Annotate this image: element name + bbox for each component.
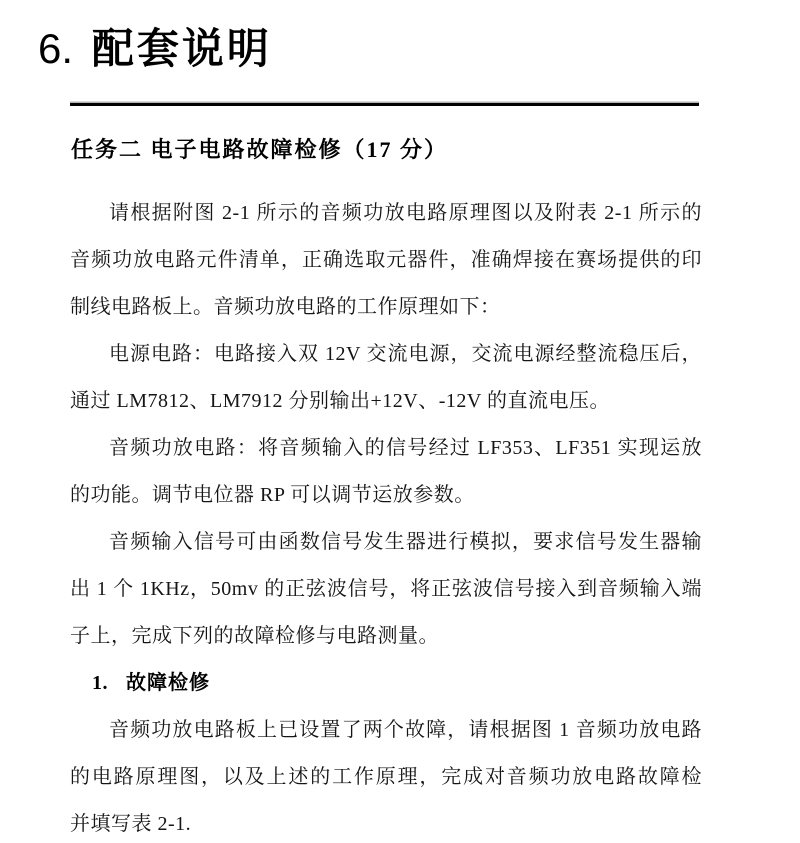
paragraph-line: 子上，完成下列的故障检修与电路测量。: [70, 613, 702, 660]
task-heading: 任务二 电子电路故障检修（17 分）: [71, 136, 800, 164]
subheading-label: 故障检修: [126, 672, 210, 694]
subheading-fault-repair: 1.故障检修: [70, 660, 702, 707]
document-body: 请根据附图 2-1 所示的音频功放电路原理图以及附表 2-1 所示的 音频功放电…: [70, 190, 702, 843]
section-divider: [70, 103, 699, 106]
chapter-title: 配套说明: [92, 25, 272, 72]
paragraph-line: 请根据附图 2-1 所示的音频功放电路原理图以及附表 2-1 所示的: [70, 190, 702, 237]
paragraph-line: 音频功放电路元件清单，正确选取元器件，准确焊接在赛场提供的印: [70, 237, 702, 284]
chapter-heading: 6. 配套说明: [38, 26, 800, 75]
subheading-number: 1.: [92, 672, 108, 694]
paragraph-line: 音频功放电路板上已设置了两个故障，请根据图 1 音频功放电路: [70, 707, 702, 754]
paragraph-line: 并填写表 2-1.: [70, 801, 702, 843]
paragraph-line: 出 1 个 1KHz，50mv 的正弦波信号，将正弦波信号接入到音频输入端: [70, 566, 702, 613]
paragraph-line: 音频输入信号可由函数信号发生器进行模拟，要求信号发生器输: [70, 519, 702, 566]
document-page: 6. 配套说明 任务二 电子电路故障检修（17 分） 请根据附图 2-1 所示的…: [0, 0, 800, 843]
paragraph-line: 通过 LM7812、LM7912 分别输出+12V、-12V 的直流电压。: [70, 378, 702, 425]
paragraph-line: 音频功放电路：将音频输入的信号经过 LF353、LF351 实现运放: [70, 425, 702, 472]
paragraph-line: 制线电路板上。音频功放电路的工作原理如下：: [70, 284, 702, 331]
paragraph-line: 电源电路：电路接入双 12V 交流电源，交流电源经整流稳压后，: [70, 331, 702, 378]
paragraph-line: 的电路原理图，以及上述的工作原理，完成对音频功放电路故障检修，: [70, 754, 702, 801]
paragraph-line: 的功能。调节电位器 RP 可以调节运放参数。: [70, 472, 702, 519]
chapter-number: 6.: [38, 25, 73, 72]
